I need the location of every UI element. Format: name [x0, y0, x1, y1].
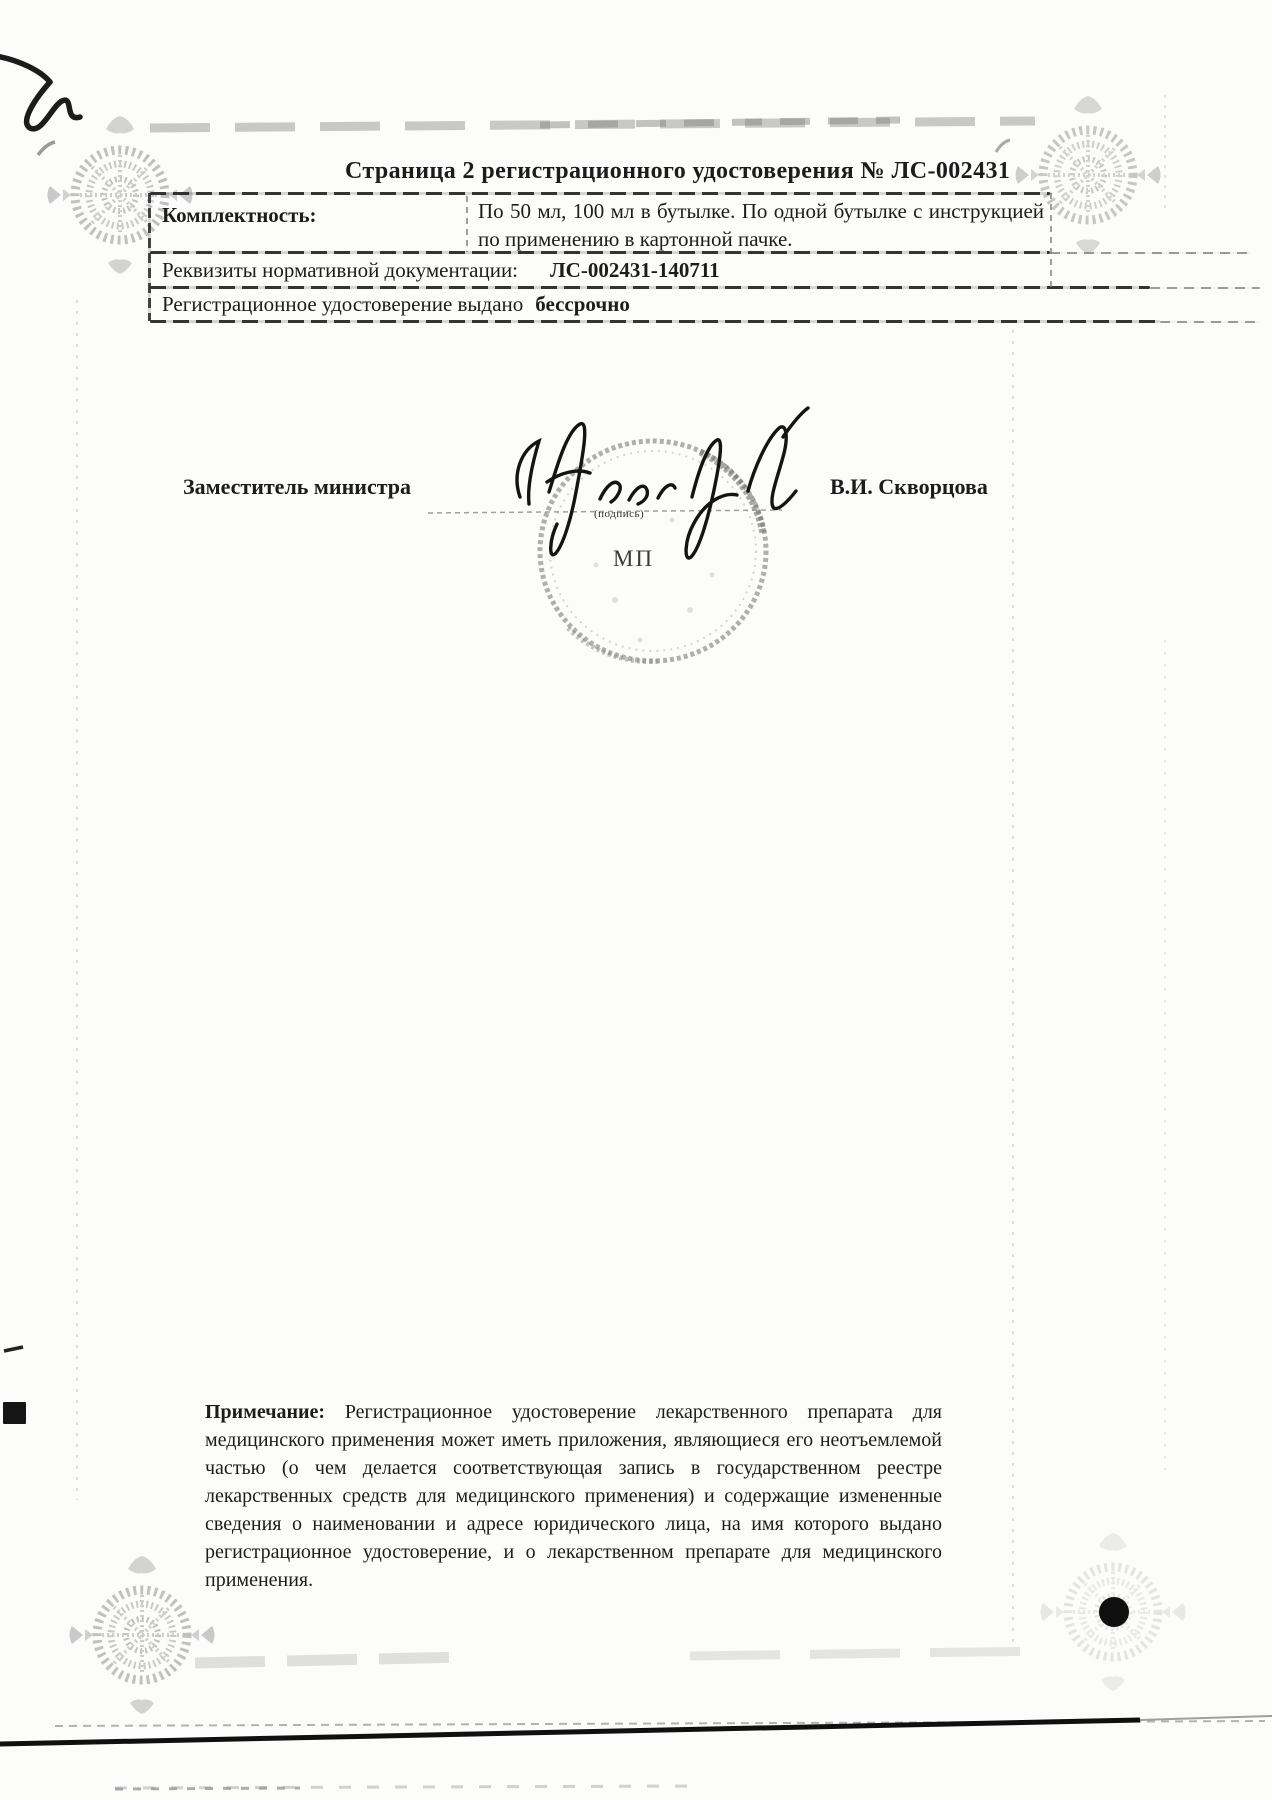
- bottom-black-line-tail: [1140, 1716, 1272, 1720]
- table-column-divider: [466, 196, 468, 252]
- pen-scribble: [0, 56, 80, 129]
- table-row3-underline-ext: [1160, 321, 1260, 323]
- signature-caption: (подпись): [594, 508, 644, 520]
- scanned-document-page: Страница 2 регистрационного удостоверени…: [0, 0, 1272, 1800]
- signer-name: В.И. Скворцова: [830, 474, 988, 500]
- stamp-place-label: МП: [613, 546, 654, 572]
- table-row2-underline: [150, 286, 1150, 289]
- bottom-dotted-line: [55, 1721, 1265, 1726]
- ink-blot: [1099, 1597, 1129, 1627]
- pen-dash-left: [4, 1347, 23, 1351]
- rosette-bottom-right: [1041, 1533, 1186, 1691]
- table-border-top: [150, 192, 1050, 195]
- signature-scribble: [517, 408, 808, 558]
- table-row2: Реквизиты нормативной документации: ЛС-0…: [162, 258, 720, 283]
- table-row3-label: Регистрационное удостоверение выдано: [162, 292, 523, 316]
- table-row3: Регистрационное удостоверение выдано бес…: [162, 292, 630, 317]
- table-row2-underline-ext: [1150, 287, 1260, 289]
- table-row1-value: По 50 мл, 100 мл в бутылке. По одной бут…: [478, 197, 1044, 253]
- table-row3-value: бессрочно: [535, 292, 630, 316]
- bottom-black-line: [0, 1720, 1140, 1744]
- signer-position-title: Заместитель министра: [183, 474, 411, 500]
- scan-speck-right-top: [996, 140, 1010, 152]
- note-body: Регистрационное удостоверение лекарствен…: [205, 1401, 942, 1591]
- table-row1-underline-ext: [1050, 252, 1250, 254]
- page-header: Страница 2 регистрационного удостоверени…: [345, 158, 1010, 185]
- scan-speck-left-top: [38, 142, 55, 155]
- table-row2-label: Реквизиты нормативной документации:: [162, 258, 518, 282]
- scan-smudge-top: [150, 120, 1035, 128]
- rosette-bottom-left: [70, 1556, 215, 1714]
- scan-smudge-bottom: [195, 1651, 1050, 1663]
- table-border-left: [148, 193, 151, 321]
- black-square-mark: [3, 1402, 26, 1424]
- table-row1-label: Комплектность:: [162, 203, 317, 228]
- note-label: Примечание:: [205, 1401, 325, 1423]
- note-paragraph: Примечание: Регистрационное удостоверени…: [205, 1398, 942, 1594]
- table-border-right: [1050, 193, 1052, 289]
- bottom-edge-noise: [115, 1786, 700, 1789]
- table-row2-value: ЛС-002431-140711: [550, 258, 720, 282]
- table-row3-underline: [150, 320, 1160, 323]
